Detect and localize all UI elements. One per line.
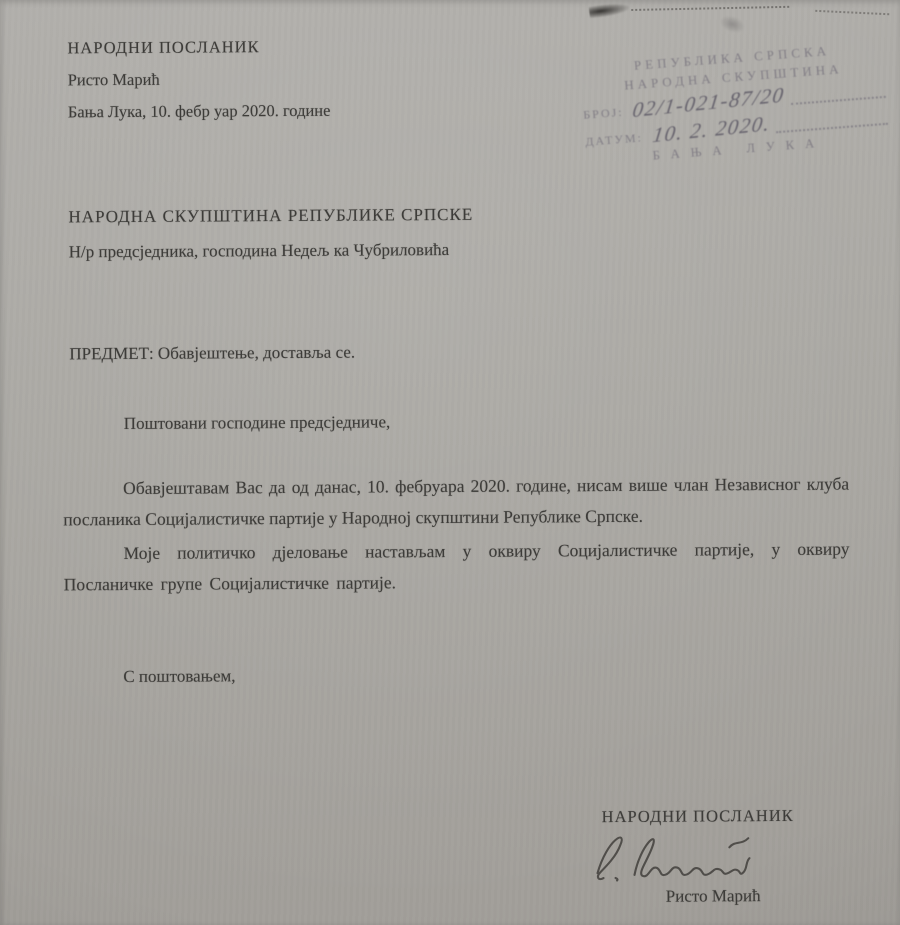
signatory-name: Ристо Марић [581,886,816,907]
stamp-date-label: ДАТУМ: [585,130,644,151]
recipient-block: НАРОДНА СКУПШТИНА РЕПУБЛИКЕ СРПСКЕ Н/р п… [68,197,473,269]
letter-body: Обавјештавам Вас да од данас, 10. фебруа… [63,469,850,600]
scanned-letter-page: НАРОДНИ ПОСЛАНИК Ристо Марић Бања Лука, … [0,0,900,925]
closing-line: С поштовањем, [123,666,235,687]
faint-ink-smudge [717,12,747,36]
body-paragraph: Обавјештавам Вас да од данас, 10. фебруа… [63,469,849,535]
letter-content: НАРОДНИ ПОСЛАНИК Ристо Марић Бања Лука, … [0,0,900,925]
sender-place-date: Бања Лука, 10. фебр уар 2020. године [68,95,331,129]
handwritten-signature [582,827,764,886]
dotted-scan-artifact [631,6,789,11]
recipient-institution: НАРОДНА СКУПШТИНА РЕПУБЛИКЕ СРПСКЕ [68,197,473,234]
receipt-stamp: РЕПУБЛИКА СРПСКА НАРОДНА СКУПШТИНА БРОЈ:… [579,37,891,169]
recipient-attention-line: Н/р предсједника, господина Недељ ка Чуб… [69,232,474,269]
body-paragraph: Моје политичко дјеловање настављам у окв… [63,534,849,600]
salutation-line: Поштовани господине предсједниче, [124,412,391,434]
signatory-title: НАРОДНИ ПОСЛАНИК [580,806,815,827]
stamp-number-label: БРОЈ: [583,105,625,125]
sender-name: Ристо Марић [68,63,331,97]
dotted-scan-artifact [815,10,889,15]
signature-block: НАРОДНИ ПОСЛАНИК Ристо Марић [580,806,816,907]
subject-line: ПРЕДМЕТ: Обавјештење, доставља се. [69,343,355,365]
sender-title: НАРОДНИ ПОСЛАНИК [67,31,330,65]
ink-smudge [589,2,630,19]
sender-block: НАРОДНИ ПОСЛАНИК Ристо Марић Бања Лука, … [67,31,330,129]
